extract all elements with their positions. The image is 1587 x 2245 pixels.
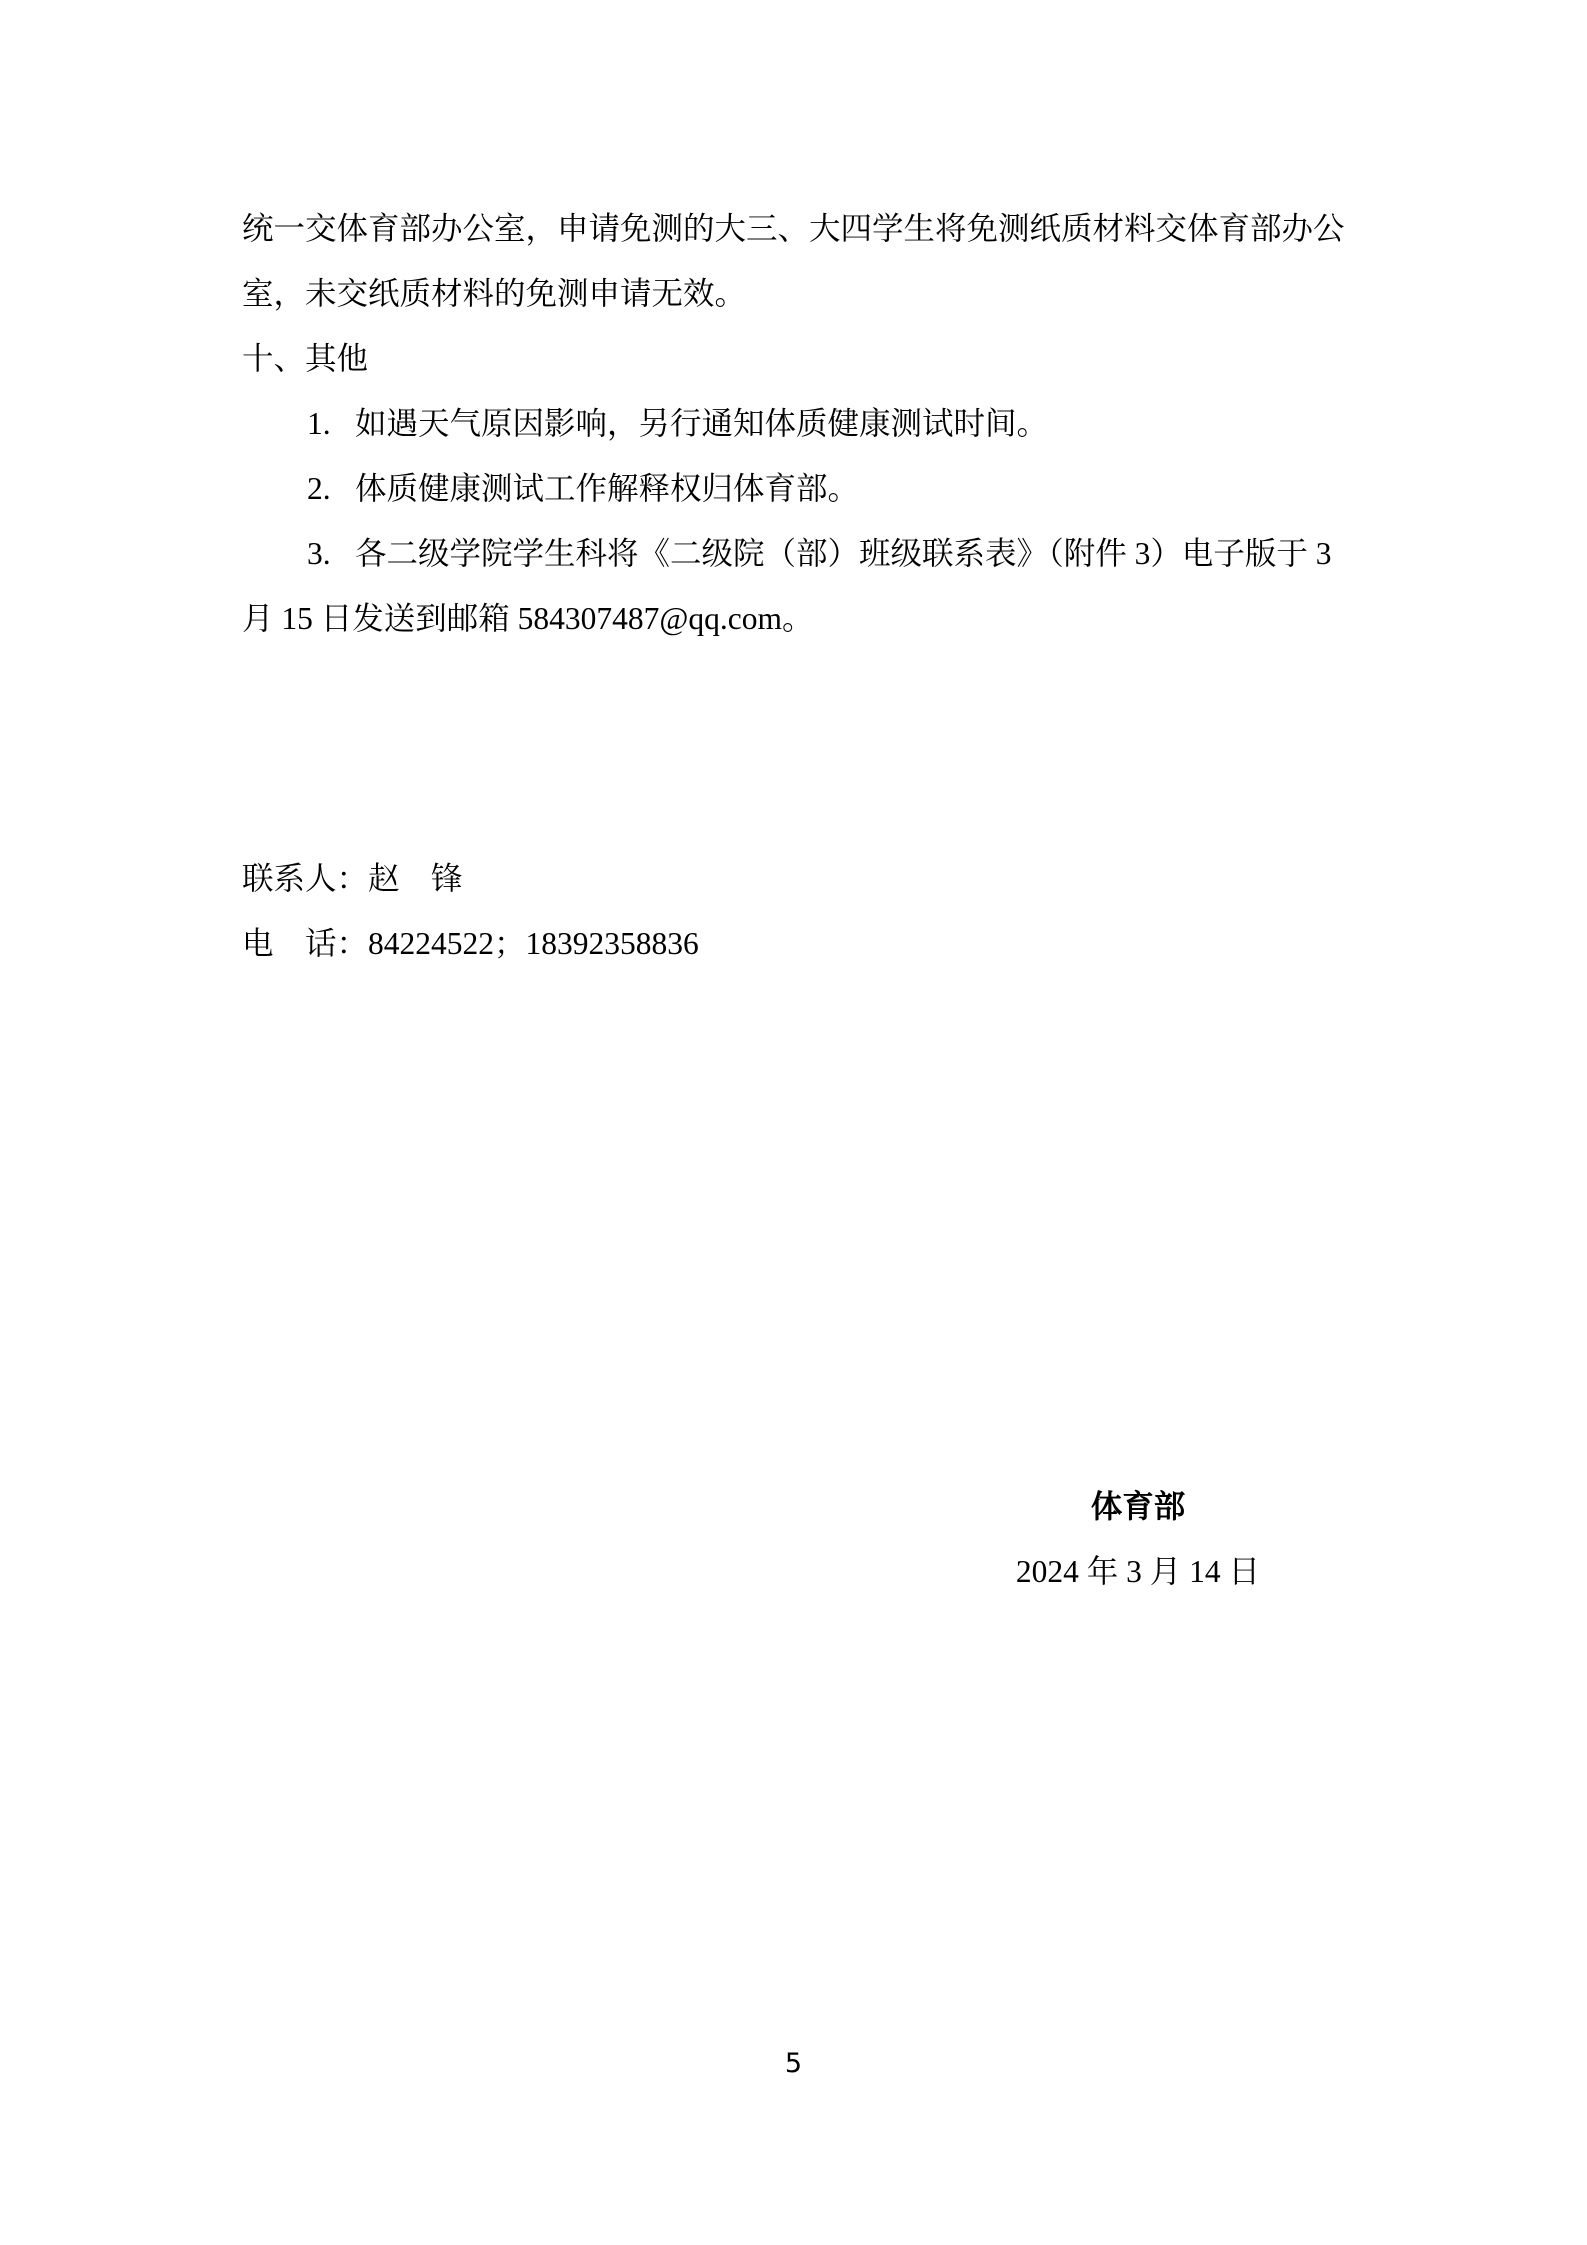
list-item-2: 2.体质健康测试工作解释权归体育部。 — [242, 456, 1357, 521]
page-number: 5 — [0, 2048, 1587, 2080]
list-item-2-number: 2. — [307, 456, 355, 521]
list-item-3: 3.各二级学院学生科将《二级院（部）班级联系表》（附件 3）电子版于 3 — [242, 521, 1357, 586]
blank-gap — [242, 651, 1357, 846]
contact-phone-line: 电 话：84224522；18392358836 — [242, 911, 1357, 976]
list-item-3-continuation: 月 15 日发送到邮箱 584307487@qq.com。 — [242, 586, 1357, 651]
signature-block: 体育部 2024 年 3 月 14 日 — [948, 1474, 1328, 1604]
list-item-3-number: 3. — [307, 521, 355, 586]
list-item-2-text: 体质健康测试工作解释权归体育部。 — [355, 471, 859, 506]
list-item-1-text: 如遇天气原因影响，另行通知体质健康测试时间。 — [355, 406, 1048, 441]
section-heading: 十、其他 — [242, 326, 1357, 391]
paragraph-line-1: 统一交体育部办公室，申请免测的大三、大四学生将免测纸质材料交体育部办公 — [242, 196, 1357, 261]
list-item-3-text: 各二级学院学生科将《二级院（部）班级联系表》（附件 3）电子版于 3 — [355, 536, 1332, 571]
document-page: 统一交体育部办公室，申请免测的大三、大四学生将免测纸质材料交体育部办公 室，未交… — [0, 0, 1587, 2245]
list-item-1: 1.如遇天气原因影响，另行通知体质健康测试时间。 — [242, 391, 1357, 456]
list-item-1-number: 1. — [307, 391, 355, 456]
signature-organization: 体育部 — [948, 1474, 1328, 1539]
document-body: 统一交体育部办公室，申请免测的大三、大四学生将免测纸质材料交体育部办公 室，未交… — [242, 196, 1357, 976]
signature-date: 2024 年 3 月 14 日 — [948, 1539, 1328, 1604]
paragraph-line-2: 室，未交纸质材料的免测申请无效。 — [242, 261, 1357, 326]
contact-person-line: 联系人：赵 锋 — [242, 846, 1357, 911]
